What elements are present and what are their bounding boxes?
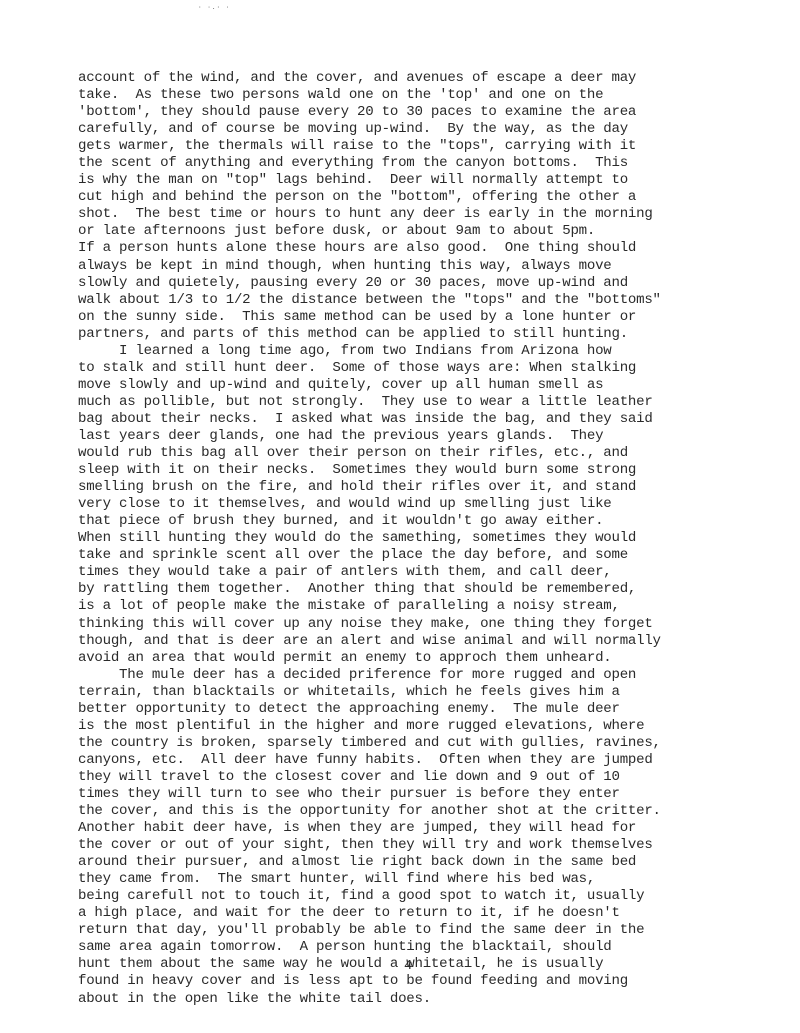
text-line: the cover or out of your sight, then the…	[78, 837, 758, 854]
text-line: I learned a long time ago, from two Indi…	[78, 343, 758, 360]
text-line: to stalk and still hunt deer. Some of th…	[78, 360, 758, 377]
typewritten-body-text: account of the wind, and the cover, and …	[78, 70, 758, 1008]
text-line: about in the open like the white tail do…	[78, 991, 758, 1008]
text-line: by rattling them together. Another thing…	[78, 581, 758, 598]
text-line: though, and that is deer are an alert an…	[78, 633, 758, 650]
document-page: · ·.· · account of the wind, and the cov…	[0, 0, 800, 1033]
text-line: If a person hunts alone these hours are …	[78, 240, 758, 257]
text-line: the country is broken, sparsely timbered…	[78, 735, 758, 752]
text-line: times they would take a pair of antlers …	[78, 564, 758, 581]
text-line: hunt them about the same way he would a …	[78, 956, 758, 973]
text-line: sleep with it on their necks. Sometimes …	[78, 462, 758, 479]
text-line: they came from. The smart hunter, will f…	[78, 871, 758, 888]
text-line: account of the wind, and the cover, and …	[78, 70, 758, 87]
text-line: the cover, and this is the opportunity f…	[78, 803, 758, 820]
text-line: shot. The best time or hours to hunt any…	[78, 206, 758, 223]
text-line: terrain, than blacktails or whitetails, …	[78, 684, 758, 701]
text-line: on the sunny side. This same method can …	[78, 309, 758, 326]
text-line: they will travel to the closest cover an…	[78, 769, 758, 786]
text-line: The mule deer has a decided priference f…	[78, 667, 758, 684]
text-line: thinking this will cover up any noise th…	[78, 616, 758, 633]
text-line: walk about 1/3 to 1/2 the distance betwe…	[78, 292, 758, 309]
text-line: would rub this bag all over their person…	[78, 445, 758, 462]
text-line: around their pursuer, and almost lie rig…	[78, 854, 758, 871]
text-line: avoid an area that would permit an enemy…	[78, 650, 758, 667]
text-line: 'bottom', they should pause every 20 to …	[78, 104, 758, 121]
text-line: last years deer glands, one had the prev…	[78, 428, 758, 445]
text-line: take and sprinkle scent all over the pla…	[78, 547, 758, 564]
text-line: the scent of anything and everything fro…	[78, 155, 758, 172]
text-line: is why the man on "top" lags behind. Dee…	[78, 172, 758, 189]
text-line: smelling brush on the fire, and hold the…	[78, 479, 758, 496]
text-line: When still hunting they would do the sam…	[78, 530, 758, 547]
text-line: much as pollible, but not strongly. They…	[78, 394, 758, 411]
text-line: return that day, you'll probably be able…	[78, 922, 758, 939]
text-line: take. As these two persons wald one on t…	[78, 87, 758, 104]
text-line: better opportunity to detect the approac…	[78, 701, 758, 718]
text-line: bag about their necks. I asked what was …	[78, 411, 758, 428]
text-line: same area again tomorrow. A person hunti…	[78, 939, 758, 956]
text-line: found in heavy cover and is less apt to …	[78, 973, 758, 990]
text-line: times they will turn to see who their pu…	[78, 786, 758, 803]
text-line: canyons, etc. All deer have funny habits…	[78, 752, 758, 769]
text-line: being carefull not to touch it, find a g…	[78, 888, 758, 905]
text-line: or late afternoons just before dusk, or …	[78, 223, 758, 240]
text-line: gets warmer, the thermals will raise to …	[78, 138, 758, 155]
text-line: a high place, and wait for the deer to r…	[78, 905, 758, 922]
text-line: always be kept in mind though, when hunt…	[78, 258, 758, 275]
text-line: Another habit deer have, is when they ar…	[78, 820, 758, 837]
text-line: carefully, and of course be moving up-wi…	[78, 121, 758, 138]
text-line: is a lot of people make the mistake of p…	[78, 598, 758, 615]
text-line: that piece of brush they burned, and it …	[78, 513, 758, 530]
text-line: slowly and quietely, pausing every 20 or…	[78, 275, 758, 292]
text-line: very close to it themselves, and would w…	[78, 496, 758, 513]
page-number: 4	[404, 958, 412, 974]
text-line: is the most plentiful in the higher and …	[78, 718, 758, 735]
text-line: partners, and parts of this method can b…	[78, 326, 758, 343]
scan-artifact: · ·.· ·	[198, 4, 230, 11]
text-line: cut high and behind the person on the "b…	[78, 189, 758, 206]
text-line: move slowly and up-wind and quitely, cov…	[78, 377, 758, 394]
